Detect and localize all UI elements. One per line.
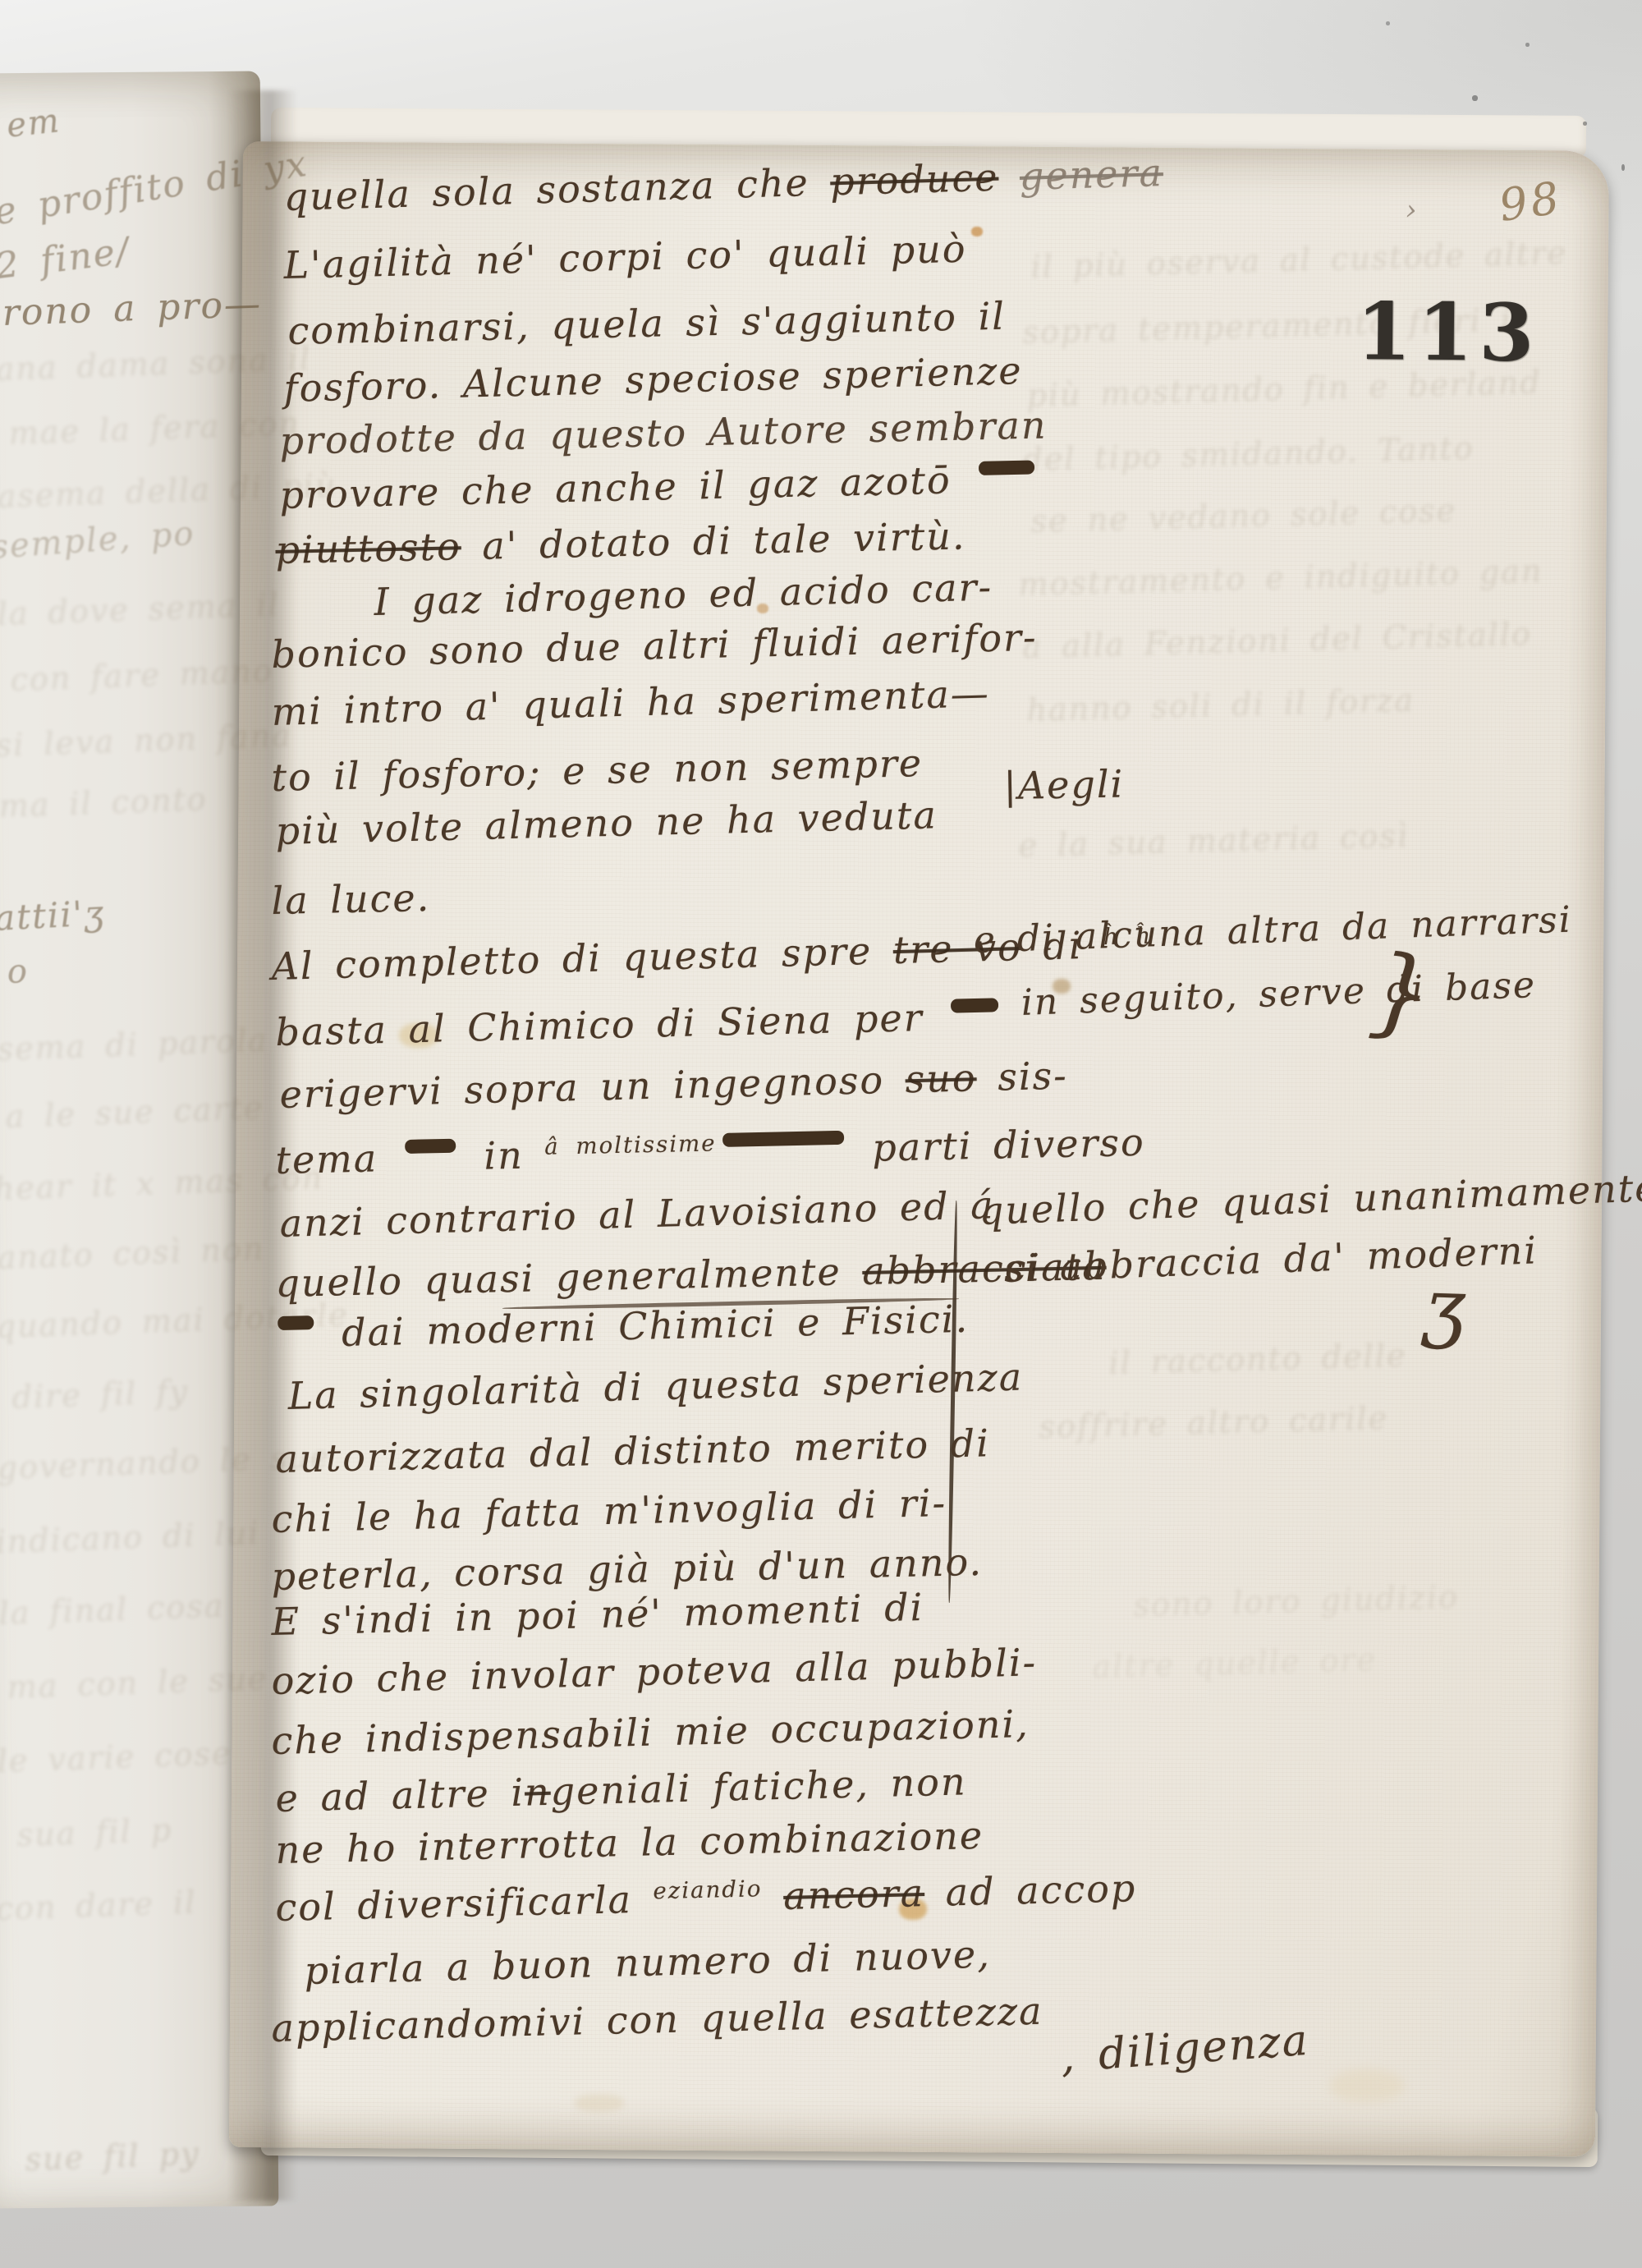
text-segment: tema: [275, 1136, 399, 1182]
text-segment: le varie cose: [0, 1735, 232, 1779]
bleedthrough-text: hanno soli di il forza: [1026, 684, 1415, 728]
bleedthrough-text: il più oserva al custode altre: [1030, 236, 1567, 285]
text-segment: suo: [905, 1055, 977, 1101]
bleedthrough-text: soffrire altro carile: [1039, 1402, 1389, 1445]
text-segment: soffrire altro carile: [1039, 1400, 1389, 1445]
text-segment: se ne vedano sole cose: [1030, 492, 1457, 539]
text-segment: ancora: [783, 1871, 925, 1918]
manuscript-line: I gaz idrogeno ed acido car-: [374, 567, 993, 623]
bleedthrough-text: con fare mano: [10, 654, 273, 698]
bleedthrough-text: la dove sema il: [0, 588, 280, 632]
text-segment: geniali fatiche, non: [550, 1759, 967, 1813]
bleedthrough-text: e proffito di yx: [0, 145, 310, 233]
text-segment: piarla a buon numero di nuove,: [304, 1932, 991, 1993]
manuscript-line: La singolarità di questa sperienza: [287, 1357, 1024, 1417]
text-segment: dai moderni Chimici e Fisici.: [320, 1297, 970, 1356]
text-segment: piuttosto: [275, 524, 461, 572]
manuscript-line: piarla a buon numero di nuove,: [304, 1934, 991, 1992]
text-segment: sua fil p: [16, 1811, 173, 1853]
text-segment: e proffito di yx: [0, 143, 310, 234]
ink-blot: [951, 999, 998, 1013]
manuscript-line: mi intro a' quali ha sperimenta—: [271, 673, 990, 732]
text-segment: semple, po: [0, 515, 196, 567]
manuscript-line: col diversificarla eziandio ancora ad ac…: [275, 1867, 1137, 1928]
text-segment: il più oserva al custode altre: [1030, 235, 1568, 285]
text-segment: erigervi sopra un ingegnoso: [279, 1057, 906, 1117]
ink-blot: [405, 1139, 456, 1154]
manuscript-line: provare che anche il gaz azotō: [279, 457, 1042, 516]
text-segment: sono loro giudizio: [1133, 1579, 1459, 1623]
text-segment: e di alcuna altra da narrarsi: [973, 899, 1573, 962]
bleedthrough-text: 2 fine/: [0, 232, 132, 287]
text-segment: parti diverso: [851, 1120, 1145, 1170]
ink-blot: [277, 1316, 314, 1331]
text-segment: e ad altre i: [275, 1770, 525, 1820]
manuscript-line: applicandomivi con quella esattezza: [271, 1990, 1043, 2050]
bleedthrough-text: ana dama sona il: [0, 342, 312, 388]
text-segment: con fare mano: [10, 653, 274, 698]
manuscript-line: che indispensabili mie occupazioni,: [271, 1703, 1030, 1762]
text-segment: chi le ha fatta m'invoglia di ri-: [271, 1481, 947, 1541]
paper-stain: [1330, 2069, 1404, 2102]
manuscript-line: chi le ha fatta m'invoglia di ri-: [271, 1482, 947, 1540]
manuscript-line: quello quasi generalmente abbracciata: [275, 1246, 1107, 1305]
margin-note: , diligenza: [1059, 2018, 1310, 2082]
bleedthrough-text: dire fil fy: [11, 1375, 190, 1415]
text-segment: produce: [829, 155, 999, 204]
manuscript-line: combinarsi, quela sì s'aggiunto il: [287, 296, 1006, 352]
margin-note: quello che quasi unanimamente: [979, 1167, 1642, 1232]
manuscript-line: quella sola sostanza che produce genera: [283, 152, 1164, 218]
bleedthrough-text: se ne vedano sole cose: [1030, 494, 1457, 539]
text-segment: I gaz idrogeno ed acido car-: [374, 565, 993, 624]
text-segment: si leva non fana: [0, 717, 293, 764]
text-segment: fosforo. Alcune speciose sperienze: [283, 348, 1023, 411]
text-segment: [998, 154, 1021, 200]
bleedthrough-text: ma il conto: [0, 783, 208, 824]
bleedthrough-text: la final cosa: [0, 1589, 225, 1631]
text-segment: bonico sono due altri fluidi aerifor-: [271, 615, 1038, 677]
text-segment: ma con le sue: [7, 1660, 268, 1706]
text-segment: del tipo smidando. Tanto: [1022, 430, 1475, 478]
backdrop-speck: [1621, 164, 1625, 171]
bleedthrough-text: e la sua materia così: [1018, 820, 1409, 864]
bleedthrough-text: altre quelle ore: [1092, 1643, 1377, 1685]
bleedthrough-text: ma con le sue: [7, 1662, 268, 1706]
text-segment: con dare il: [0, 1884, 197, 1927]
text-segment: quella sola sostanza che: [283, 159, 831, 219]
text-segment: ʒ: [1421, 1262, 1469, 1352]
text-segment: provare che anche il gaz azotō: [279, 457, 973, 517]
text-segment: a' dotato di tale virtù.: [461, 513, 966, 568]
backdrop-speck: [1525, 43, 1530, 47]
text-segment: mi intro a' quali ha sperimenta—: [271, 671, 990, 734]
bleedthrough-text: rono a pro—: [2, 285, 263, 333]
bleedthrough-text: a le sue carte: [5, 1091, 264, 1135]
bleedthrough-text: sema di parola: [0, 1023, 268, 1067]
text-segment: altre quelle ore: [1092, 1641, 1378, 1685]
text-segment: |Aegli: [1003, 761, 1125, 808]
margin-note: |Aegli: [1003, 763, 1125, 806]
manuscript-line: e ad altre ingeniali fatiche, non: [275, 1761, 967, 1819]
bleedthrough-text: si leva non fana: [0, 719, 293, 763]
bleedthrough-text: mostramento e indiguito gan: [1018, 554, 1543, 603]
text-segment: dire fil fy: [11, 1373, 190, 1415]
bleedthrough-text: del tipo smidando. Tanto: [1022, 432, 1475, 478]
text-segment: genera: [1019, 150, 1163, 199]
text-segment: ne ho interrotta la combinazione: [275, 1813, 984, 1872]
paper-stain: [575, 2094, 624, 2112]
manuscript-line: prodotte da questo Autore sembran: [279, 404, 1048, 461]
bleedthrough-text: o: [7, 953, 30, 990]
text-segment: o: [7, 953, 30, 991]
ink-blot: [722, 1131, 844, 1147]
text-segment: quello che quasi unanimamente: [979, 1165, 1642, 1233]
text-segment: ma il conto: [0, 781, 208, 824]
manuscript-line: autorizzata dal distinto merito di: [275, 1422, 990, 1480]
text-segment: a le sue carte: [5, 1090, 264, 1135]
text-segment: sema di parola: [0, 1022, 268, 1067]
manuscript-line: fosforo. Alcune speciose sperienze: [283, 350, 1023, 410]
margin-note: ʒ: [1421, 1265, 1468, 1349]
bleedthrough-text: indicano di lui: [0, 1517, 260, 1560]
margin-note: e di alcuna altra da narrarsi: [973, 901, 1573, 962]
manuscript-line: più volte almeno ne ha veduta: [275, 794, 938, 852]
manuscript-line: ne ho interrotta la combinazione: [275, 1815, 984, 1871]
text-segment: em: [5, 102, 62, 145]
text-segment: il racconto delle: [1108, 1337, 1407, 1380]
text-segment: rono a pro—: [2, 283, 263, 334]
manuscript-line: to il fosforo; e se non sempre: [271, 742, 924, 799]
text-segment: indicano di lui: [0, 1515, 260, 1560]
text-segment: in seguito, serve di base: [1021, 964, 1537, 1024]
text-segment: 2 fine/: [0, 230, 132, 288]
text-segment: la final cosa: [0, 1587, 225, 1632]
text-segment: combinarsi, quela sì s'aggiunto il: [287, 294, 1007, 353]
text-segment: , diligenza: [1059, 2016, 1311, 2082]
text-segment: ozio che involar poteva alla pubbli-: [271, 1640, 1038, 1703]
bleedthrough-text: il racconto delle: [1108, 1338, 1407, 1380]
manuscript-line: piuttosto a' dotato di tale virtù.: [275, 515, 966, 571]
text-segment: basta al Chimico di Siena per: [275, 995, 945, 1054]
backdrop-speck: [1583, 122, 1587, 126]
manuscript-line: erigervi sopra un ingegnoso suo sis-: [279, 1055, 1068, 1116]
text-segment: anzi contrario al Lavoisiano ed á: [279, 1182, 995, 1246]
text-segment: Al completto di questa spre: [271, 928, 894, 989]
text-segment: ad accop: [924, 1866, 1136, 1915]
text-segment: quello quasi generalmente: [275, 1249, 863, 1306]
text-segment: la luce.: [271, 875, 431, 923]
backdrop-speck: [1472, 95, 1478, 101]
text-segment: prodotte da questo Autore sembran: [279, 402, 1048, 463]
text-segment: n: [524, 1770, 551, 1815]
manuscript-photo: 113 98 eme proffito di yx2 fine/rono a p…: [0, 0, 1642, 2268]
text-segment: col diversificarla: [275, 1877, 654, 1930]
text-segment: mostramento e indiguito gan: [1018, 553, 1543, 603]
margin-note: ›: [1406, 195, 1419, 226]
text-segment: anato così non: [0, 1231, 265, 1276]
bleedthrough-text: anato così non: [0, 1233, 265, 1276]
ink-layer: 113 98 eme proffito di yx2 fine/rono a p…: [0, 0, 1642, 2268]
text-segment: che indispensabili mie occupazioni,: [271, 1701, 1030, 1763]
manuscript-line: L'agilità né' corpi co' quali può: [283, 228, 967, 287]
text-segment: e la sua materia così: [1018, 818, 1409, 864]
manuscript-line: tema in â moltissime parti diverso: [275, 1122, 1145, 1182]
bleedthrough-text: sue fil py: [25, 2137, 200, 2178]
paper-stain: [971, 227, 983, 236]
text-segment: [762, 1874, 784, 1919]
bleedthrough-text: con dare il: [0, 1885, 197, 1926]
text-segment: sue fil py: [25, 2136, 200, 2178]
manuscript-line: basta al Chimico di Siena per: [275, 995, 1006, 1054]
bleedthrough-text: sua fil p: [16, 1813, 173, 1853]
text-segment: in: [462, 1132, 545, 1178]
stamped-page-number: 113: [1356, 285, 1541, 379]
bleedthrough-text: em: [5, 103, 62, 145]
text-segment: applicandomivi con quella esattezza: [271, 1989, 1043, 2050]
bleedthrough-text: a alla Fenzioni del Cristallo: [1022, 618, 1532, 665]
text-segment: L'agilità né' corpi co' quali può: [283, 227, 967, 287]
text-segment: più volte almeno ne ha veduta: [275, 792, 938, 853]
text-segment: la dove sema il: [0, 586, 280, 632]
ink-blot: [979, 461, 1034, 475]
backdrop-speck: [1386, 21, 1390, 25]
text-segment: a alla Fenzioni del Cristallo: [1022, 616, 1532, 665]
bleedthrough-text: attii'ʒ: [0, 894, 106, 938]
manuscript-line: dai moderni Chimici e Fisici.: [271, 1298, 970, 1356]
manuscript-line: ozio che involar poteva alla pubbli-: [271, 1641, 1038, 1701]
text-segment: La singolarità di questa sperienza: [287, 1355, 1024, 1418]
text-segment: mae la fera con: [8, 406, 301, 452]
text-segment: attii'ʒ: [0, 893, 106, 939]
bleedthrough-text: le varie cose: [0, 1737, 232, 1779]
handwritten-page-number: 98: [1496, 172, 1566, 232]
text-segment: hanno soli di il forza: [1026, 682, 1415, 728]
text-segment: ana dama sona il: [0, 341, 312, 388]
text-segment: eziandio: [653, 1875, 763, 1904]
bleedthrough-text: semple, po: [0, 516, 196, 566]
manuscript-line: bonico sono due altri fluidi aerifor-: [271, 617, 1038, 676]
text-segment: autorizzata dal distinto merito di: [275, 1421, 990, 1481]
manuscript-line: anzi contrario al Lavoisiano ed á: [279, 1184, 995, 1244]
bleedthrough-text: sono loro giudizio: [1133, 1581, 1459, 1623]
text-segment: â moltissime: [544, 1129, 717, 1159]
text-segment: ›: [1406, 194, 1419, 227]
text-segment: sis-: [976, 1054, 1068, 1100]
manuscript-line: la luce.: [271, 877, 431, 922]
margin-note: }: [1365, 936, 1438, 1049]
bleedthrough-text: mae la fera con: [8, 407, 300, 452]
text-segment: }: [1365, 932, 1439, 1051]
margin-note: in seguito, serve di base: [1021, 966, 1537, 1023]
text-segment: to il fosforo; e se non sempre: [271, 741, 924, 800]
